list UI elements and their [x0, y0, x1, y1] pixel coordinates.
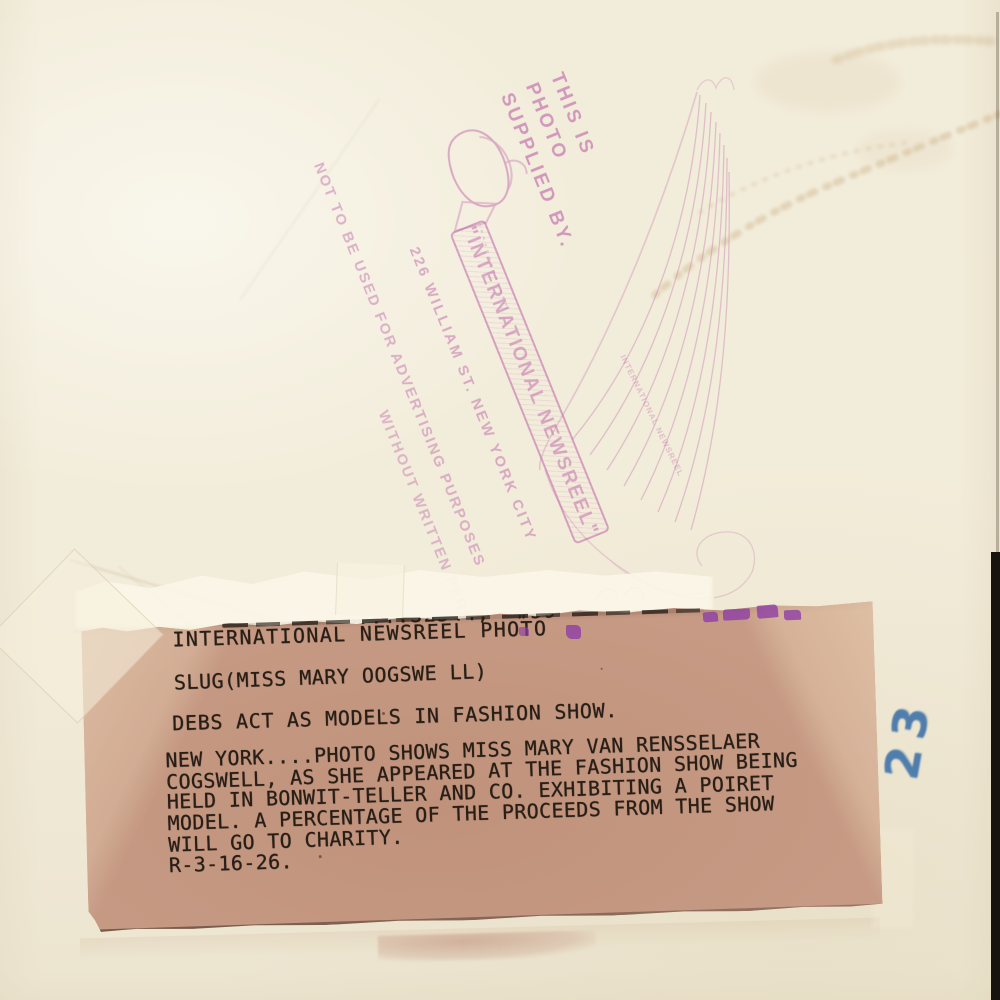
purple-ink-fragment [519, 627, 529, 636]
paper-speck [601, 668, 603, 670]
paper-speck [319, 855, 322, 858]
glue-residue [378, 930, 597, 963]
paper-speck [382, 712, 385, 715]
typed-body-paragraph: NEW YORK....PHOTO SHOWS MISS MARY VAN RE… [165, 729, 801, 876]
paper-speck [726, 778, 728, 780]
caption-label: ....32544, #59 INTERNATIONAL NEWSREEL PH… [79, 601, 883, 933]
scan-edge-line [996, 12, 999, 554]
purple-ink-fragment [756, 604, 778, 619]
purple-ink-fragment [723, 608, 751, 620]
purple-ink-fragment [566, 625, 581, 639]
purple-ink-fragment [784, 610, 801, 621]
press-photo-back: { "paper": { "background_color": "#f2ecd… [0, 0, 1000, 1000]
tape-patch [335, 563, 405, 617]
scan-edge-black-strip [991, 552, 1000, 1000]
purple-ink-fragment [703, 611, 719, 622]
